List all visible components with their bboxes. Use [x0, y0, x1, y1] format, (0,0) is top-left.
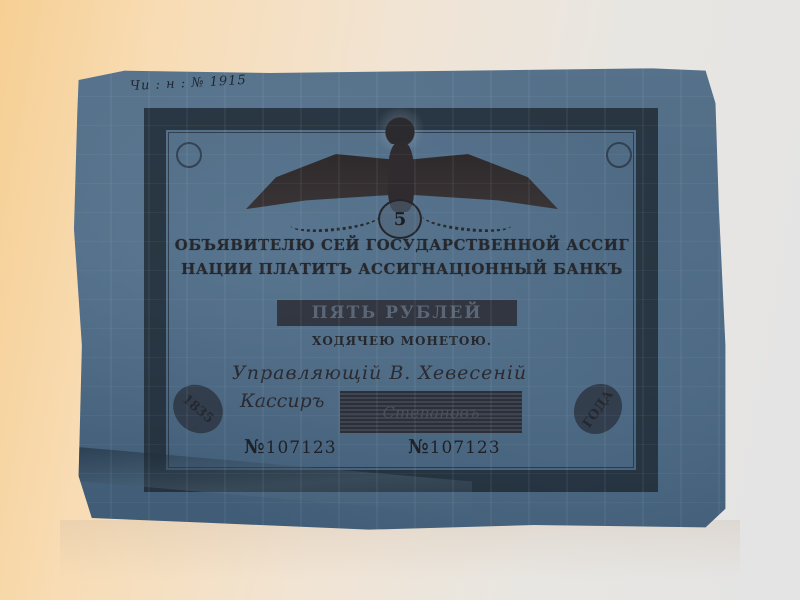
- currency-line: ХОДЯЧЕЮ МОНЕТОЮ.: [72, 334, 732, 348]
- table-shadow: [60, 520, 740, 580]
- laurel-branch-right: [421, 205, 513, 235]
- eagle-left-wing: [246, 154, 396, 212]
- eagle-right-wing: [408, 154, 558, 212]
- crown-icon: [382, 114, 418, 144]
- manager-signature: Управляющій В. Хевесеній: [232, 362, 527, 384]
- handwritten-note: Чи : н : № 1915: [130, 73, 247, 94]
- laurel-branch-left: [289, 205, 381, 235]
- bearer-text-line-2: НАЦИИ ПЛАТИТЪ АССИГНАЦІОННЫЙ БАНКЪ: [72, 260, 732, 278]
- manager-label: Управляющій: [232, 362, 382, 384]
- denomination-medallion: 5: [378, 199, 422, 239]
- corner-scroll-icon: [606, 142, 632, 168]
- serial-prefix: №: [244, 436, 266, 458]
- denomination-label: ПЯТЬ РУБЛЕЙ: [277, 300, 517, 326]
- serial-value: 107123: [430, 438, 501, 458]
- corner-scroll-icon: [176, 142, 202, 168]
- serial-number-right: №107123: [408, 436, 501, 458]
- imperial-emblem: 5: [238, 114, 568, 244]
- serial-value: 107123: [266, 438, 337, 458]
- serial-number-left: №107123: [244, 436, 337, 458]
- banknote: Чи : н : № 1915 5 ОБЪЯВИТЕЛЮ СЕЙ ГОСУДАР…: [72, 66, 732, 532]
- bearer-text-line-1: ОБЪЯВИТЕЛЮ СЕЙ ГОСУДАРСТВЕННОЙ АССИГ: [72, 236, 732, 254]
- cashier-signature: Степановъ: [340, 391, 522, 433]
- manager-name: В. Хевесеній: [389, 362, 527, 384]
- serial-prefix: №: [408, 436, 430, 458]
- cashier-label: Кассиръ: [240, 390, 324, 412]
